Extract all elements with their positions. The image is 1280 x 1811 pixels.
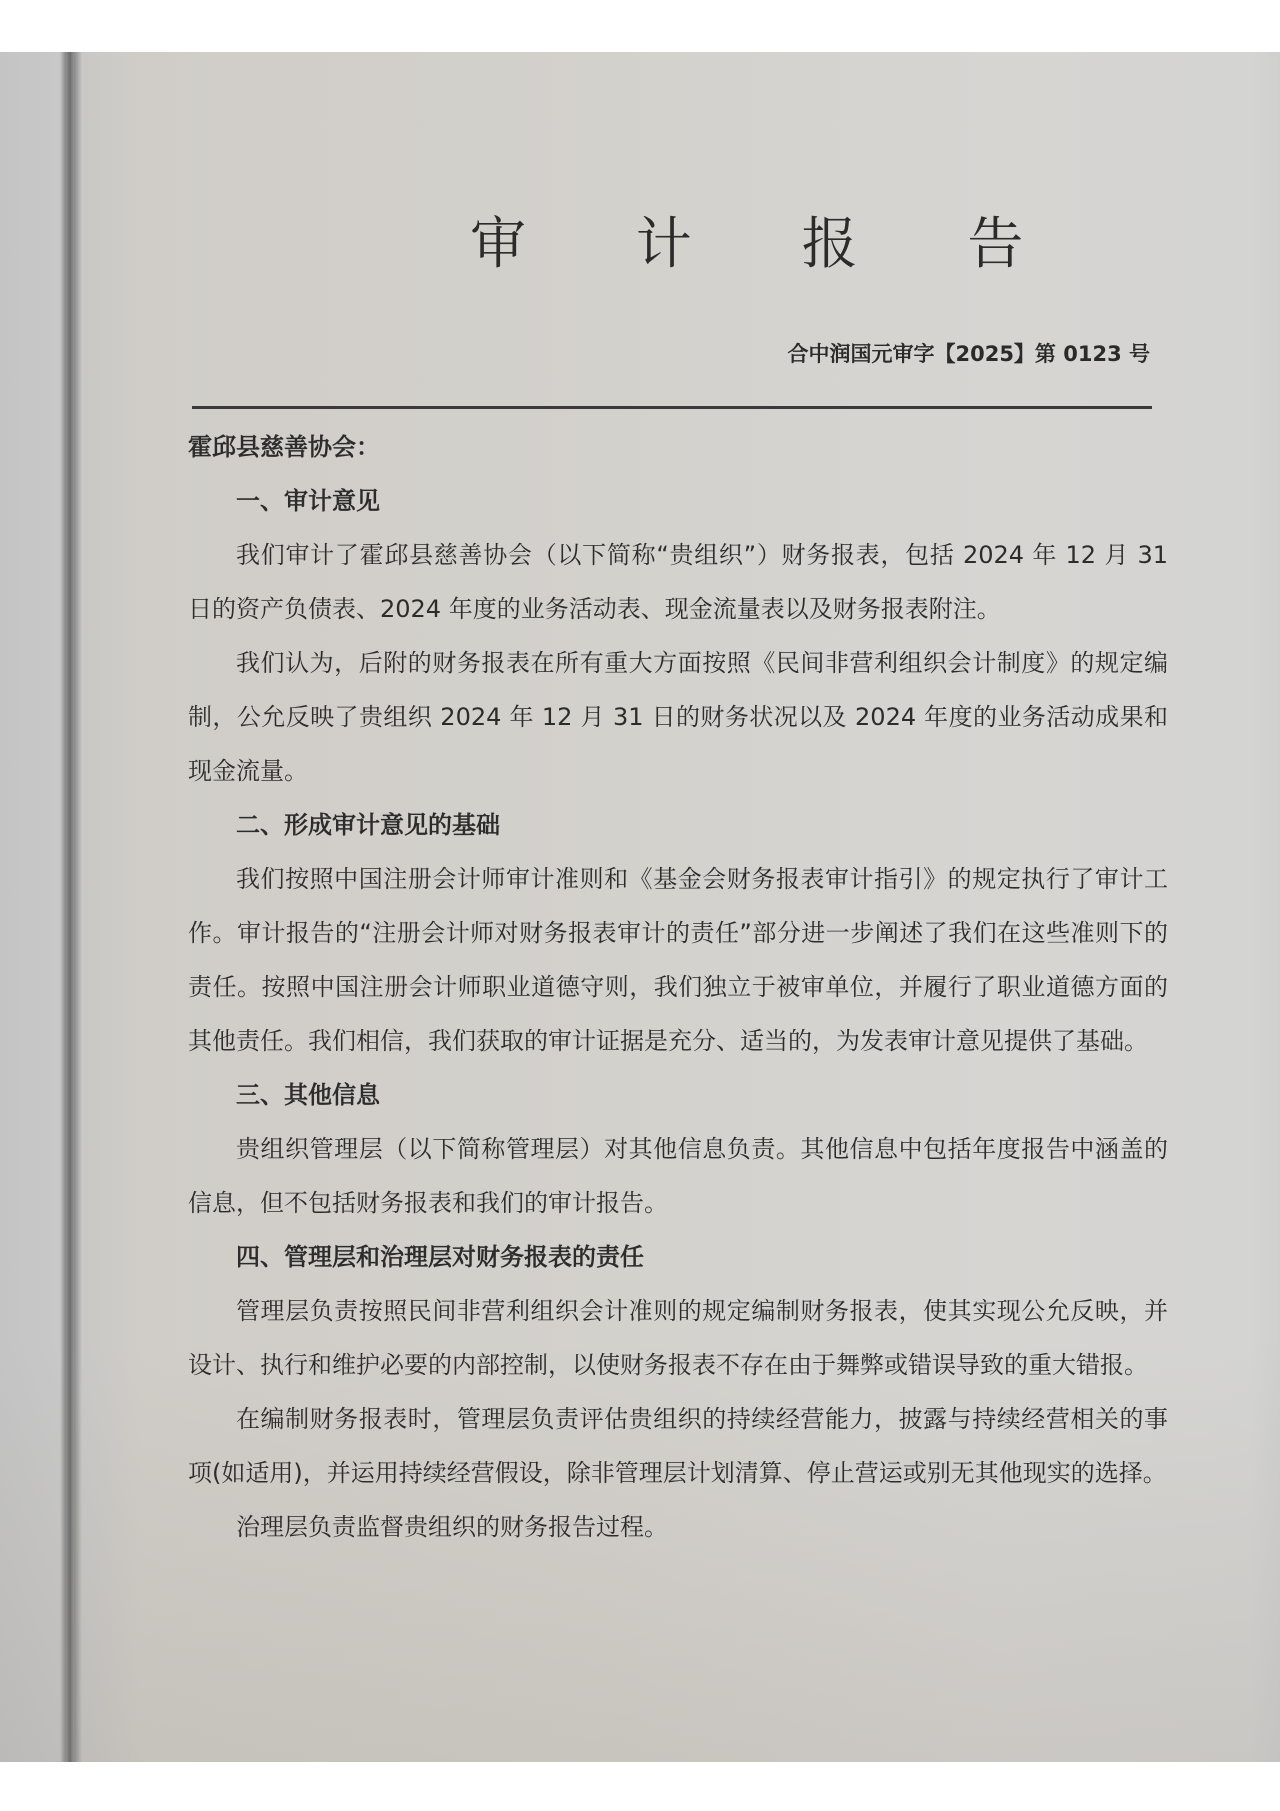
- report-body: 霍邱县慈善协会： 一、审计意见 我们审计了霍邱县慈善协会（以下简称“贵组织”）财…: [188, 420, 1168, 1554]
- section-heading-management-responsibility: 四、管理层和治理层对财务报表的责任: [188, 1230, 1168, 1284]
- header-divider: [192, 406, 1152, 409]
- document-number: 合中润国元审字【2025】第 0123 号: [787, 338, 1150, 368]
- section-heading-basis-for-opinion: 二、形成审计意见的基础: [188, 798, 1168, 852]
- section-heading-other-information: 三、其他信息: [188, 1068, 1168, 1122]
- audit-report-page: 审 计 报 告 合中润国元审字【2025】第 0123 号 霍邱县慈善协会： 一…: [0, 0, 1280, 1811]
- document-title: 审 计 报 告: [470, 200, 1069, 280]
- section-heading-audit-opinion: 一、审计意见: [188, 474, 1168, 528]
- addressee: 霍邱县慈善协会：: [188, 420, 1168, 474]
- paragraph: 我们按照中国注册会计师审计准则和《基金会财务报表审计指引》的规定执行了审计工作。…: [188, 852, 1168, 1068]
- paragraph: 贵组织管理层（以下简称管理层）对其他信息负责。其他信息中包括年度报告中涵盖的信息…: [188, 1122, 1168, 1230]
- paragraph: 在编制财务报表时，管理层负责评估贵组织的持续经营能力，披露与持续经营相关的事项(…: [188, 1392, 1168, 1500]
- paragraph: 治理层负责监督贵组织的财务报告过程。: [188, 1500, 1168, 1554]
- paragraph: 我们认为，后附的财务报表在所有重大方面按照《民间非营利组织会计制度》的规定编制，…: [188, 636, 1168, 798]
- paragraph: 管理层负责按照民间非营利组织会计准则的规定编制财务报表，使其实现公允反映，并设计…: [188, 1284, 1168, 1392]
- paragraph: 我们审计了霍邱县慈善协会（以下简称“贵组织”）财务报表，包括 2024 年 12…: [188, 528, 1168, 636]
